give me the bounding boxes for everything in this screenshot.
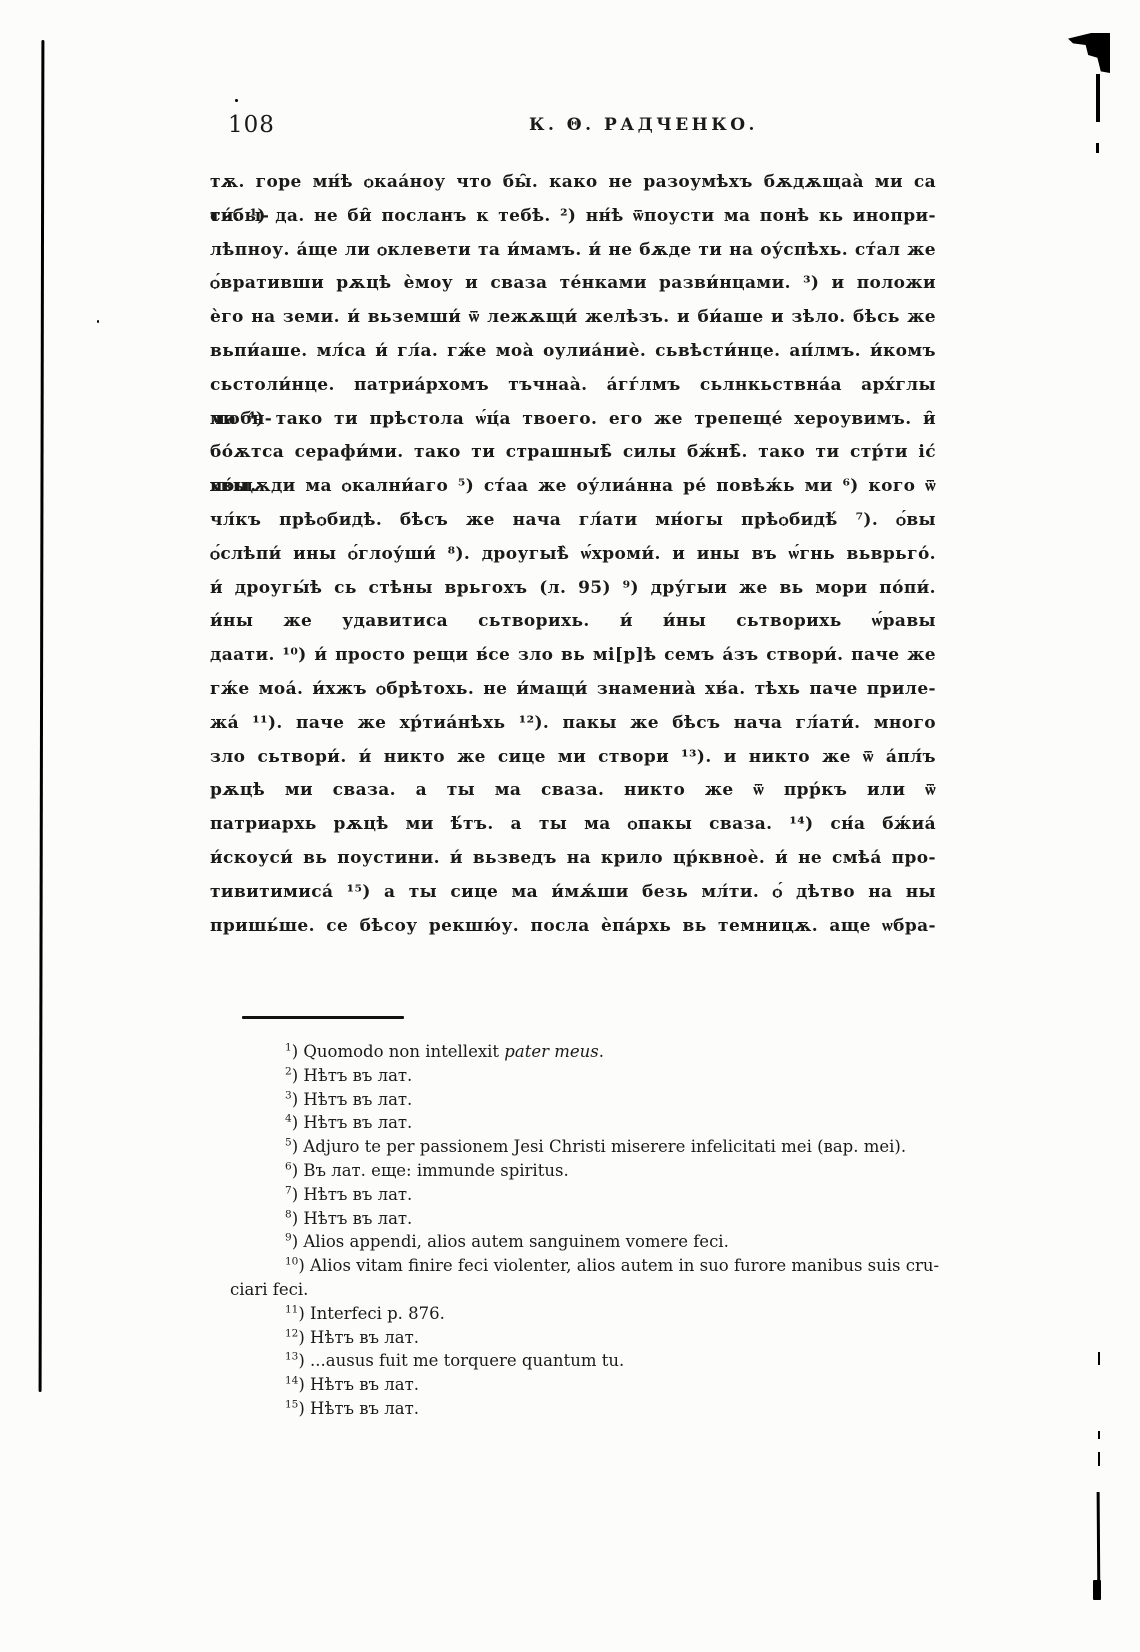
text-line-23: пришь́ше. се бѣсоу рекшю́у. посла ѐпа́рх… (210, 910, 936, 944)
footnote-marker: 10 (285, 1256, 298, 1268)
text-line-16: гж́е моа́. и́хжъ ѻбрѣтохь. не и́мащи́ зн… (210, 673, 936, 707)
footnote-marker: 2 (285, 1065, 292, 1077)
text-line-18: зло сьтвори́. и́ никто же сице ми створи… (210, 741, 936, 775)
footnote-marker: 9 (285, 1232, 292, 1244)
text-line-5: ѐго на земи. и́ вьземши́ ѿ лежѫщи́ желѣз… (210, 301, 936, 335)
footnote-11: 11) Interfeci p. 876. (230, 1302, 974, 1326)
footnote-italic-phrase: pater meus (504, 1042, 598, 1061)
footnote-marker: 11 (285, 1303, 298, 1315)
footnote-marker: 12 (285, 1327, 298, 1339)
footnote-marker: 1 (285, 1042, 292, 1054)
text-line-21: и́скоуси́ вь поустини. и́ вьзведъ на кри… (210, 842, 936, 876)
page-number: 108 (228, 112, 275, 138)
scan-speck (235, 99, 238, 102)
scan-left-edge-line (39, 40, 45, 1392)
footnote-marker: 7 (285, 1184, 292, 1196)
scan-gutter-mark (1098, 1452, 1100, 1466)
scan-gutter-mark (1096, 143, 1099, 153)
text-line-8: ма ⁴) тако ти прѣстола ѡ́ц́а твоего. его… (210, 403, 936, 437)
footnote-marker: 15 (285, 1398, 298, 1410)
text-line-6: вьпи́аше. мл́са и́ гл́а. гж́е моа̀ оулиа… (210, 335, 936, 369)
footnote-separator-rule (242, 1016, 404, 1019)
footnote-7: 7) Нѣтъ въ лат. (230, 1183, 974, 1207)
footnote-marker: 14 (285, 1375, 298, 1387)
footnote-10: 10) Alios vitam finire feci violenter, a… (230, 1254, 974, 1302)
text-line-12: ѻ́слѣпи́ ины ѻ́глоу́ши́ ⁸). дроугыѣ̀ ѡ́х… (210, 538, 936, 572)
footnote-2: 2) Нѣтъ въ лат. (230, 1064, 974, 1088)
page-header: 108 К. Θ. РАДЧЕНКО. (0, 112, 1140, 142)
footnote-marker: 4 (285, 1113, 292, 1125)
footnote-9: 9) Alios appendi, alios autem sanguinem … (230, 1230, 974, 1254)
footnote-marker: 8 (285, 1208, 292, 1220)
footnote-3: 3) Нѣтъ въ лат. (230, 1088, 974, 1112)
text-line-17: жа́ ¹¹). паче же хр́тиа́нѣхь ¹²). пакы ж… (210, 707, 936, 741)
footnote-1: 1) Quomodo non intellexit pater meus. (230, 1040, 974, 1064)
text-line-19: рѫцѣ ми сваза. а ты ма сваза. никто же ѿ… (210, 774, 936, 808)
footnote-12: 12) Нѣтъ въ лат. (230, 1326, 974, 1350)
footnote-marker: 3 (285, 1089, 292, 1101)
book-page: 108 К. Θ. РАДЧЕНКО. тѫ. горе мн́ѣ ѻкаа́н… (0, 0, 1140, 1652)
text-line-9: бо́ѫтса серафи́ми. тако ти страшныѣ̑ сил… (210, 436, 936, 470)
text-line-11: чл́къ прѣѻбидѣ. бѣсъ же нача гл́ати мн́о… (210, 504, 936, 538)
footnote-13: 13) ...ausus fuit me torquere quantum tu… (230, 1349, 974, 1373)
footnotes-block: 1) Quomodo non intellexit pater meus.2) … (230, 1040, 974, 1421)
footnote-5: 5) Adjuro te per passionem Jesi Christi … (230, 1135, 974, 1159)
footnote-marker: 6 (285, 1160, 292, 1172)
footnote-4: 4) Нѣтъ въ лат. (230, 1111, 974, 1135)
footnote-marker: 13 (285, 1351, 298, 1363)
footnote-marker: 5 (285, 1137, 292, 1149)
scan-gutter-mark (1098, 1352, 1100, 1365)
text-line-7: сьстоли́нце. патриа́рхомъ тъчнаа̀. а́гѓл… (210, 369, 936, 403)
footnote-6: 6) Въ лат. еще: immunde spiritus. (230, 1159, 974, 1183)
text-line-15: даати. ¹⁰) и́ просто рещи в́се зло вь мі… (210, 639, 936, 673)
footnote-14: 14) Нѣтъ въ лат. (230, 1373, 974, 1397)
scan-speck (97, 320, 99, 323)
text-line-13: и́ дроугы́ѣ сь стѣны врьгохъ (л. 95) ⁹) … (210, 572, 936, 606)
text-line-1: тѫ. горе мн́ѣ ѻкаа́ноу что бы̑. како не … (210, 166, 936, 200)
text-line-2: ти́. ¹) да. не би̑ посланъ к тебѣ. ²) нн… (210, 200, 936, 234)
text-line-20: патриархь рѫцѣ ми ѣ́тъ. а ты ма ѻпакы св… (210, 808, 936, 842)
text-line-4: ѻ́вративши рѫцѣ ѐмоу и сваза те́нками ра… (210, 267, 936, 301)
text-line-22: тивитимиса́ ¹⁵) а ты сице ма и́мѫ́ши без… (210, 876, 936, 910)
scan-corner-mark (1068, 33, 1110, 73)
scan-gutter-mark (1098, 1431, 1100, 1439)
footnote-15: 15) Нѣтъ въ лат. (230, 1397, 974, 1421)
scan-gutter-line (1093, 1580, 1101, 1600)
footnote-8: 8) Нѣтъ въ лат. (230, 1207, 974, 1231)
text-line-14: и́ны же удавитиса сьтворихь. и́ и́ны сьт… (210, 605, 936, 639)
text-line-3: лѣпноу. а́ще ли ѻклевети та и́мамъ. и́ н… (210, 234, 936, 268)
text-line-10: пощѫди ма ѻкални́аго ⁵) ст́аа же оу́лиа́… (210, 470, 936, 504)
running-header-author: К. Θ. РАДЧЕНКО. (529, 115, 758, 135)
main-text-block: тѫ. горе мн́ѣ ѻкаа́ноу что бы̑. како не … (210, 166, 936, 943)
